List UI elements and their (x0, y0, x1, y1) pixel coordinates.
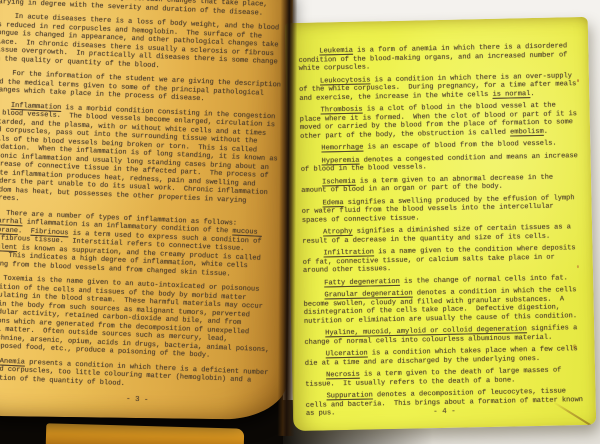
medical-term: Hemorrhage (321, 144, 363, 153)
medical-term: Ischemia (322, 177, 356, 186)
paragraph: Leukocytosis is a condition in which the… (299, 72, 578, 103)
paragraph-text: presents a condition in which there is a… (0, 358, 273, 387)
paragraph: Hyaline, mucoid, amyloid or colloid dege… (304, 324, 583, 347)
paragraph: Atrophy signifies a diminished size of c… (302, 223, 581, 246)
paragraph-text: is a morbid condition consisting in the … (0, 103, 282, 204)
paragraph: For the information of the student we ar… (0, 69, 282, 107)
paragraph: Infiltration is a name given to the cond… (303, 244, 582, 275)
paragraph: Hyperemia denotes a congested condition … (301, 152, 580, 175)
medical-term: Leukemia (319, 47, 353, 56)
paragraph-text: For the information of the student we ar… (0, 70, 285, 103)
medical-term: Catarrhal (0, 217, 23, 227)
paragraph-text: In acute diseases there is a loss of bod… (0, 13, 284, 70)
medical-term: is normal (492, 90, 530, 99)
paragraph-text: signifies a swelling produced by the eff… (302, 194, 579, 225)
paragraph: Hemorrhage is an escape of blood from th… (300, 139, 579, 153)
left-page: In disease there are always certain chan… (0, 0, 293, 420)
paragraph: Ischemia is a term given to an abnormal … (301, 173, 580, 196)
left-page-text: In disease there are always certain chan… (0, 0, 286, 420)
paragraph: There are a number of types of inflammat… (0, 208, 276, 280)
book-gutter-shadow (277, 0, 297, 436)
paragraph-text: . (530, 90, 534, 98)
book-photo: In disease there are always certain chan… (0, 0, 600, 444)
paragraph: Granular degeneration denotes a conditio… (303, 286, 583, 326)
paragraph: In acute diseases there is a loss of bod… (0, 12, 285, 76)
paragraph: Ulceration is a condition which takes pl… (305, 345, 584, 368)
paragraph-text: is an escape of blood from the blood ves… (363, 140, 556, 152)
paragraph: Thrombosis is a clot of blood in the blo… (300, 101, 580, 141)
medical-term: Edema (322, 199, 343, 207)
medical-term: Purulent (0, 242, 17, 251)
medical-term: Suppuration (327, 391, 373, 400)
right-page: Leukemia is a form of anemia in which th… (285, 17, 596, 431)
paragraph-text: . (544, 127, 548, 135)
paragraph: Inflammation is a morbid condition consi… (0, 100, 281, 215)
paragraph: Leukemia is a form of anemia in which th… (298, 42, 577, 73)
paragraph: Fatty degeneration is the change of norm… (303, 274, 582, 288)
medical-term: Ulceration (326, 350, 368, 359)
paragraph: Anemia presents a condition in which the… (0, 356, 270, 394)
paragraph-text: Toxemia is the name given to an auto-int… (0, 275, 274, 360)
right-page-text: Leukemia is a form of anemia in which th… (298, 42, 585, 431)
ink-speck-marks (577, 79, 579, 82)
medical-term: Necrosis (326, 371, 360, 380)
medical-term: Thrombosis (321, 106, 363, 115)
paragraph: Toxemia is the name given to an auto-int… (0, 274, 273, 363)
underlying-page-edge (46, 423, 245, 444)
paragraph-text: is the change of normal cells into fat. (400, 274, 568, 286)
medical-term: Hyperemia (322, 156, 360, 165)
medical-term: embolism (510, 127, 544, 136)
paragraph: Necrosis is a term given to the death of… (305, 366, 584, 389)
medical-term: Fatty degeneration (324, 277, 400, 287)
medical-term: Atrophy (323, 228, 353, 237)
paragraph: Edema signifies a swelling produced by t… (301, 194, 580, 225)
paragraph-text: . (18, 227, 31, 236)
